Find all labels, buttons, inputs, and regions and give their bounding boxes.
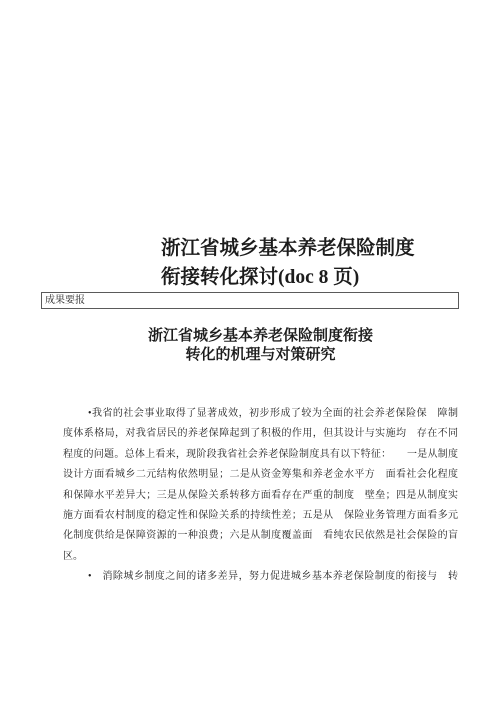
- document-subtitle: 浙江省城乡基本养老保险制度衔接 转化的机理与对策研究: [63, 327, 458, 364]
- body-text-line: 度体系格局，对我省居民的养老保障起到了积极的作用，但其设计与实施均 存在不同: [63, 424, 458, 444]
- document-body: •我省的社会事业取得了显著成效，初步形成了较为全面的社会养老保险保 障制度体系格…: [63, 404, 458, 588]
- body-text-line: 区。: [63, 547, 458, 567]
- document-title-line-1: 浙江省城乡基本养老保险制度: [161, 234, 415, 263]
- document-title: 浙江省城乡基本养老保险制度 衔接转化探讨(doc 8 页): [161, 234, 415, 292]
- body-text-line: • 消除城乡制度之间的诸多差异，努力促进城乡基本养老保险制度的衔接与 转: [63, 567, 458, 587]
- report-banner-box: 成果要报: [41, 292, 459, 309]
- body-text-line: 施方面看农村制度的稳定性和保险关系的持续性差；五是从 保险业务管理方面看多元: [63, 506, 458, 526]
- document-subtitle-line-1: 浙江省城乡基本养老保险制度衔接: [63, 327, 458, 346]
- report-banner-label: 成果要报: [45, 295, 85, 306]
- document-title-line-2: 衔接转化探讨(doc 8 页): [161, 263, 415, 292]
- document-subtitle-line-2: 转化的机理与对策研究: [63, 346, 458, 365]
- body-text-line: 和保障水平差异大；三是从保险关系转移方面看存在严重的制度 壁垒；四是从制度实: [63, 486, 458, 506]
- body-text-line: 设计方面看城乡二元结构依然明显；二是从资金筹集和养老金水平方 面看社会化程度: [63, 465, 458, 485]
- body-text-line: 程度的问题。总体上看来，现阶段我省社会养老保险制度具有以下特征： 一是从制度: [63, 445, 458, 465]
- document-page: 浙江省城乡基本养老保险制度 衔接转化探讨(doc 8 页) 成果要报 浙江省城乡…: [0, 0, 500, 707]
- body-text-line: •我省的社会事业取得了显著成效，初步形成了较为全面的社会养老保险保 障制: [63, 404, 458, 424]
- body-text-line: 化制度供给是保障资源的一种浪费；六是从制度覆盖面 看纯农民依然是社会保险的盲: [63, 526, 458, 546]
